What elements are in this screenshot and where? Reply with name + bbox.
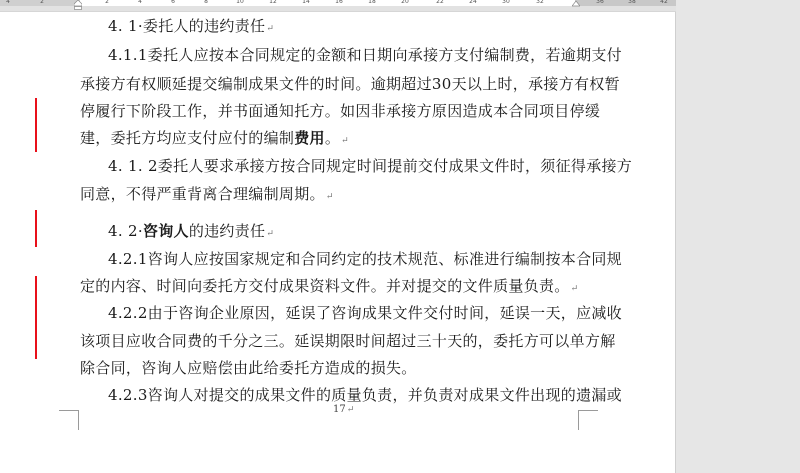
paragraph-mark-icon: ↵ [341,136,349,146]
ruler-tick: 4 [138,0,142,5]
ruler-tick: 8 [204,0,208,5]
paragraph-mark-icon: ↵ [266,229,274,239]
heading-text: 的违约责任 [189,222,266,240]
ruler-tick: 14 [302,0,310,5]
ruler-tick: 2 [105,0,109,5]
bold-text-run: 咨询人 [143,222,189,240]
bold-text-run: 费用 [294,129,325,147]
revision-change-bar [35,210,37,247]
ruler-tick: 36 [596,0,604,5]
revision-change-bar [35,276,37,359]
ruler-tick: 30 [502,0,510,5]
text-run: 。 [325,129,340,147]
left-indent-marker-icon[interactable] [74,0,82,10]
paragraph-4-2-3-line[interactable]: 4.2.3咨询人对提交的成果文件的质量负责，并负责对成果文件出现的遗漏或 [108,384,622,405]
paragraph-mark-icon: ↵ [326,192,334,202]
heading-number: 4. 2· [108,222,143,240]
page-number-text: 17 [333,404,346,415]
paragraph-4-2-2-line[interactable]: 除合同，咨询人应赔偿由此给委托方造成的损失。 [80,357,417,378]
ruler-tick: 12 [269,0,277,5]
paragraph-4-1-1-line[interactable]: 4.1.1委托人应按本合同规定的金额和日期向承接方支付编制费，若逾期支付 [108,44,622,65]
workspace-background [677,0,800,473]
paragraph-4-1-1-line[interactable]: 建，委托方均应支付应付的编制费用。↵ [80,127,349,148]
ruler-tick: 16 [335,0,343,5]
text-run: 同意，不得严重背离合理编制周期。 [80,185,325,203]
right-indent-marker-icon[interactable] [572,0,580,10]
heading-4-1[interactable]: 4. 1·委托人的违约责任↵ [108,15,274,36]
paragraph-mark-icon: ↵ [347,405,355,415]
text-run: 定的内容、时间向委托方交付成果资料文件。并对提交的文件质量负责。 [80,277,570,295]
heading-text: 委托人的违约责任 [143,17,265,35]
paragraph-4-2-2-line[interactable]: 该项目应收合同费的千分之三。延误期限时间超过三十天的，委托方可以单方解 [80,330,616,351]
ruler-tick: 42 [660,0,668,5]
margin-corner-mark-left [59,410,79,430]
ruler-tick: 2 [40,0,44,5]
ruler-tick: 32 [536,0,544,5]
paragraph-4-1-1-line[interactable]: 停履行下阶段工作，并书面通知托方。如因非承接方原因造成本合同项目停缓 [80,100,600,121]
paragraph-4-1-2-line[interactable]: 4. 1. 2委托人要求承接方按合同规定时间提前交付成果文件时，须征得承接方 [108,155,632,176]
paragraph-4-2-1-line[interactable]: 定的内容、时间向委托方交付成果资料文件。并对提交的文件质量负责。↵ [80,275,578,296]
paragraph-4-2-2-line[interactable]: 4.2.2由于咨询企业原因，延误了咨询成果文件交付时间，延误一天，应减收 [108,302,622,323]
ruler-tick: 6 [171,0,175,5]
page-number: 17↵ [333,404,354,415]
paragraph-4-2-1-line[interactable]: 4.2.1咨询人应按国家规定和合同约定的技术规范、标准进行编制按本合同规 [108,248,622,269]
ruler-tick: 18 [368,0,376,5]
horizontal-ruler[interactable]: 4 2 2 4 6 8 10 12 14 16 18 20 22 24 30 3… [0,0,676,12]
paragraph-mark-icon: ↵ [266,24,274,34]
ruler-tick: 24 [469,0,477,5]
ruler-tick: 10 [236,0,244,5]
margin-corner-mark-right [578,410,598,430]
ruler-tick: 4 [6,0,10,5]
text-run: 除合同，咨询人应赔偿由此给委托方造成的损失。 [80,359,417,377]
revision-change-bar [35,98,37,152]
ruler-text-area [80,0,575,6]
ruler-tick: 20 [401,0,409,5]
paragraph-mark-icon: ↵ [571,284,579,294]
heading-4-2[interactable]: 4. 2·咨询人的违约责任↵ [108,220,274,241]
ruler-tick: 38 [628,0,636,5]
paragraph-4-1-1-line[interactable]: 承接方有权顺延提交编制成果文件的时间。逾期超过30天以上时，承接方有权暂 [80,73,620,94]
ruler-tick: 22 [436,0,444,5]
heading-number: 4. 1· [108,17,143,35]
paragraph-4-1-2-line[interactable]: 同意，不得严重背离合理编制周期。↵ [80,183,334,204]
text-run: 建，委托方均应支付应付的编制 [80,129,294,147]
